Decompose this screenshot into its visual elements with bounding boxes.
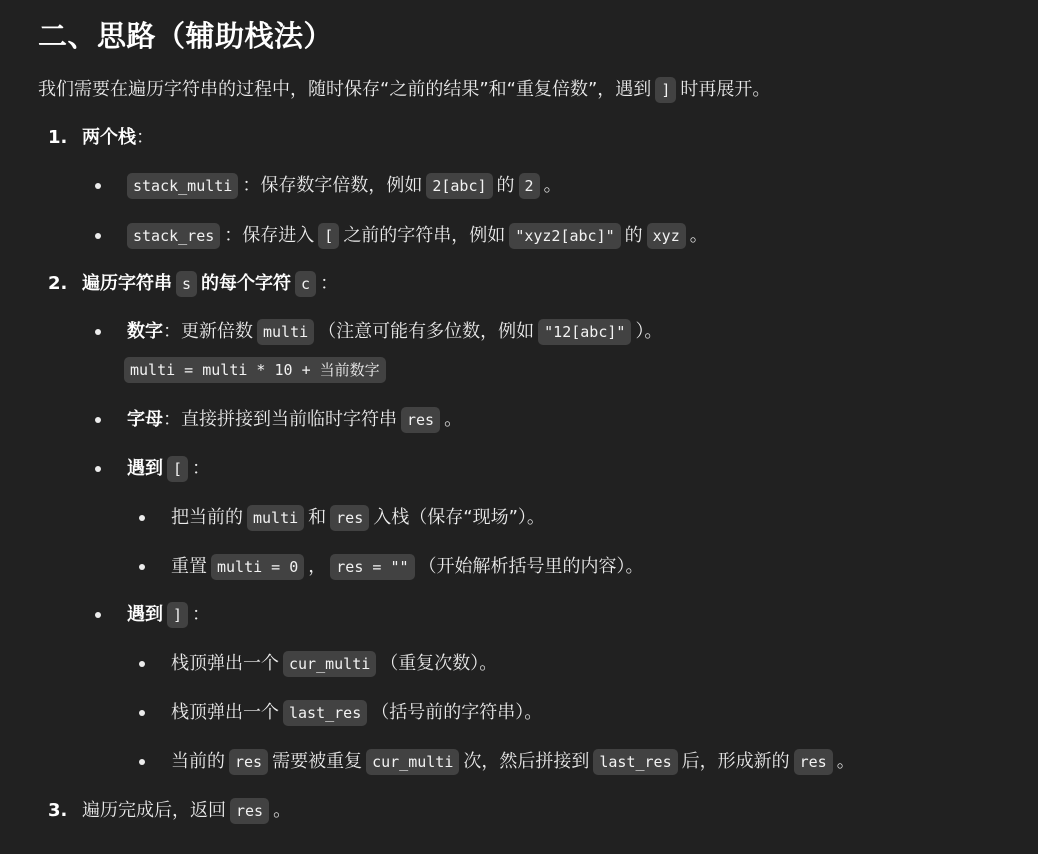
inline-code: xyz — [647, 223, 686, 249]
inline-code: multi = 0 — [211, 554, 304, 580]
list-item: stack_res：保存进入[之前的字符串，例如"xyz2[abc]"的xyz。 — [95, 222, 708, 250]
formula: multi = multi * 10 + 当前数字 — [124, 357, 390, 383]
step-3: 3. 遍历完成后，返回res。 — [48, 797, 291, 825]
section-title: 二、思路（辅助栈法） — [38, 0, 1038, 64]
inline-code: res — [330, 505, 369, 531]
text: ， — [308, 553, 326, 581]
item-label: 遇到 — [127, 601, 163, 629]
inline-code: c — [295, 271, 316, 297]
inline-code: res — [401, 407, 440, 433]
inline-code: s — [176, 271, 197, 297]
sub-list-item: 栈顶弹出一个cur_multi（重复次数）。 — [139, 650, 497, 678]
list-item: 遇到[： — [95, 455, 210, 483]
sub-list-item: 重置multi = 0，res = ""（开始解析括号里的内容）。 — [139, 553, 644, 581]
text: 。 — [544, 172, 562, 200]
bullet-icon — [139, 661, 145, 667]
bullet-icon — [95, 183, 101, 189]
text: 之前的字符串，例如 — [343, 222, 505, 250]
item-label: 数字 — [127, 318, 163, 346]
item-label: 遇到 — [127, 455, 163, 483]
text: 遍历完成后，返回 — [82, 797, 226, 825]
inline-code: "12[abc]" — [538, 319, 631, 345]
inline-code: stack_res — [127, 223, 220, 249]
inline-code: [ — [167, 456, 188, 482]
step-number: 2. — [48, 270, 82, 298]
text: ：保存数字倍数，例如 — [242, 172, 422, 200]
text: 后，形成新的 — [682, 748, 790, 776]
inline-code: [ — [318, 223, 339, 249]
inline-code: cur_multi — [366, 749, 459, 775]
bullet-icon — [139, 710, 145, 716]
text: 次，然后拼接到 — [463, 748, 589, 776]
colon: ： — [320, 270, 338, 298]
inline-code: res — [229, 749, 268, 775]
step-1: 1. 两个栈： — [48, 124, 154, 152]
bullet-icon — [95, 417, 101, 423]
inline-code: stack_multi — [127, 173, 238, 199]
text: 栈顶弹出一个 — [171, 699, 279, 727]
sub-list-item: 栈顶弹出一个last_res（括号前的字符串）。 — [139, 699, 542, 727]
step-2: 2. 遍历字符串s的每个字符c： — [48, 270, 338, 298]
inline-code: cur_multi — [283, 651, 376, 677]
step-number: 1. — [48, 124, 82, 152]
text: 入栈（保存“现场”）。 — [373, 504, 545, 532]
step-title: 遍历字符串 — [82, 270, 172, 298]
text: 需要被重复 — [272, 748, 362, 776]
list-item: 数字：更新倍数multi（注意可能有多位数，例如"12[abc]"）。 — [95, 318, 662, 346]
text: 。 — [837, 748, 855, 776]
intro-after: 时再展开。 — [680, 79, 770, 100]
text: ：更新倍数 — [163, 318, 253, 346]
text: 的 — [625, 222, 643, 250]
text: 栈顶弹出一个 — [171, 650, 279, 678]
text: ）。 — [635, 318, 662, 346]
bullet-icon — [95, 466, 101, 472]
formula-code: multi = multi * 10 + 当前数字 — [124, 357, 386, 383]
intro-paragraph: 我们需要在遍历字符串的过程中，随时保存“之前的结果”和“重复倍数”，遇到]时再展… — [38, 76, 770, 104]
bullet-icon — [95, 233, 101, 239]
text: ：保存进入 — [224, 222, 314, 250]
text: 。 — [273, 797, 291, 825]
list-item: 遇到]： — [95, 601, 210, 629]
step-title: 两个栈 — [82, 124, 136, 152]
sub-list-item: 当前的res需要被重复cur_multi次，然后拼接到last_res后，形成新… — [139, 748, 855, 776]
inline-code: last_res — [283, 700, 367, 726]
inline-code: last_res — [593, 749, 677, 775]
text: （开始解析括号里的内容）。 — [419, 553, 644, 581]
bullet-icon — [139, 759, 145, 765]
text: 。 — [444, 406, 462, 434]
bullet-icon — [95, 329, 101, 335]
text: （括号前的字符串）。 — [371, 699, 542, 727]
text: 当前的 — [171, 748, 225, 776]
text: （注意可能有多位数，例如 — [318, 318, 534, 346]
item-label: 字母 — [127, 406, 163, 434]
inline-code: res — [794, 749, 833, 775]
bullet-icon — [139, 515, 145, 521]
text: 的 — [497, 172, 515, 200]
text: 重置 — [171, 553, 207, 581]
inline-code: 2 — [519, 173, 540, 199]
document: 二、思路（辅助栈法） 我们需要在遍历字符串的过程中，随时保存“之前的结果”和“重… — [0, 0, 1038, 64]
colon: ： — [192, 455, 210, 483]
list-item: stack_multi：保存数字倍数，例如2[abc]的2。 — [95, 172, 562, 200]
inline-code: ] — [655, 77, 676, 103]
text: 和 — [308, 504, 326, 532]
inline-code: res — [230, 798, 269, 824]
colon: ： — [192, 601, 210, 629]
step-number: 3. — [48, 797, 82, 825]
text: 。 — [690, 222, 708, 250]
sub-list-item: 把当前的multi和res入栈（保存“现场”）。 — [139, 504, 545, 532]
text: 把当前的 — [171, 504, 243, 532]
intro-text: 我们需要在遍历字符串的过程中，随时保存“之前的结果”和“重复倍数”，遇到 — [38, 79, 651, 100]
step-title-2: 的每个字符 — [201, 270, 291, 298]
inline-code: multi — [247, 505, 304, 531]
inline-code: ] — [167, 602, 188, 628]
inline-code: res = "" — [330, 554, 414, 580]
inline-code: multi — [257, 319, 314, 345]
bullet-icon — [139, 564, 145, 570]
text: （重复次数）。 — [380, 650, 497, 678]
inline-code: 2[abc] — [426, 173, 492, 199]
inline-code: "xyz2[abc]" — [509, 223, 620, 249]
list-item: 字母：直接拼接到当前临时字符串res。 — [95, 406, 462, 434]
colon: ： — [136, 124, 154, 152]
text: ：直接拼接到当前临时字符串 — [163, 406, 397, 434]
bullet-icon — [95, 612, 101, 618]
